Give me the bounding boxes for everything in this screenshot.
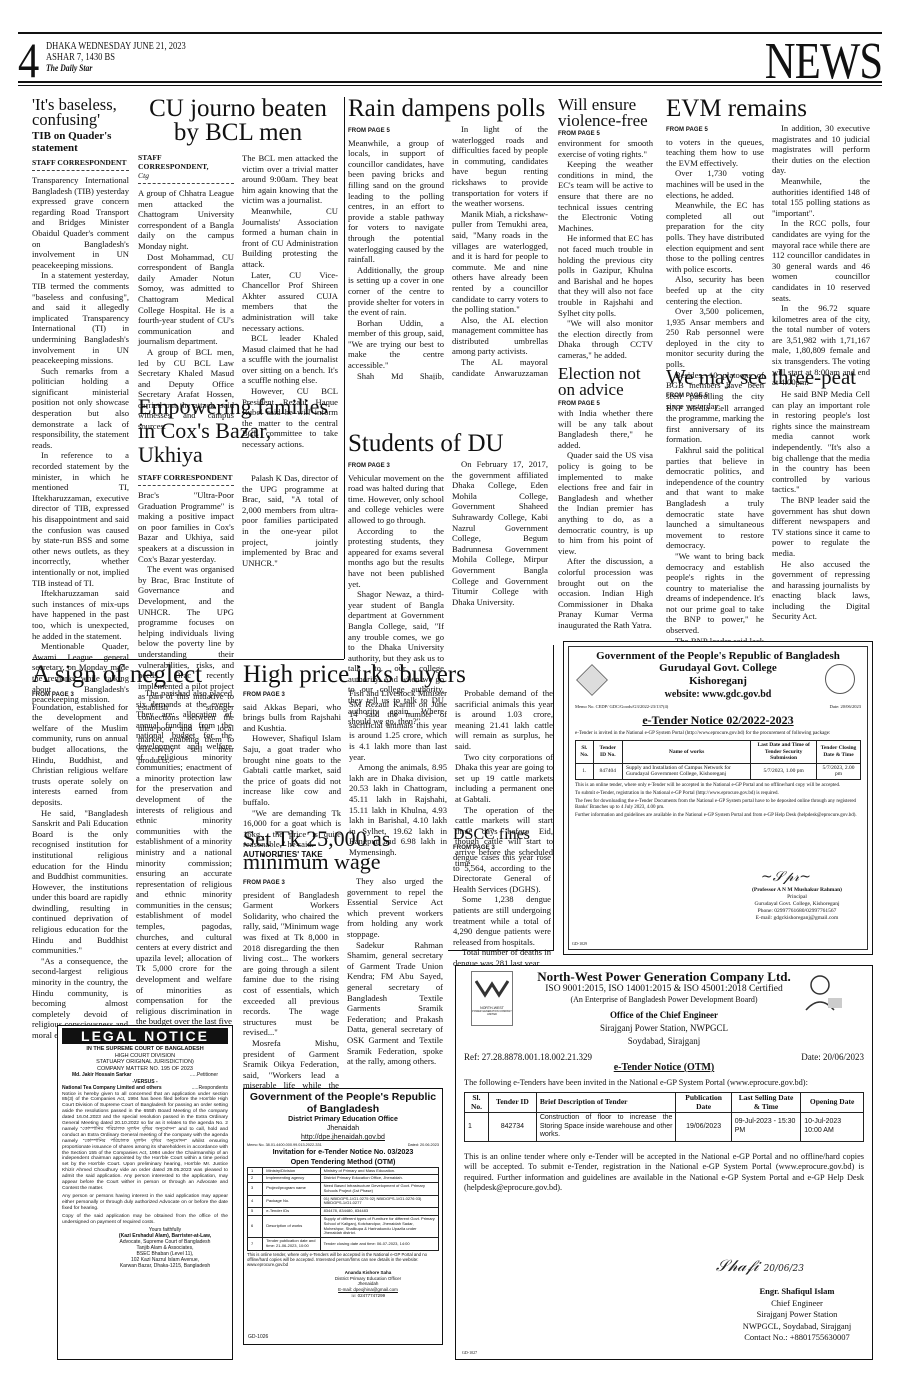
paragraph: However, Shafiqul Islam Saju, a goat tra… <box>243 733 341 807</box>
notice-title: Invitation for e-Tender Notice No. 03/20… <box>247 1148 439 1157</box>
cell: Ministry of Primary and Mass Education. <box>320 1167 438 1175</box>
from-page-label: FROM PAGE 5 <box>558 401 653 407</box>
cell: 5 <box>248 1208 263 1216</box>
note: The fees for downloading the e-Tender Do… <box>575 799 861 811</box>
ref-number: Ref: 27.28.8878.001.18.002.21.329 <box>464 1052 592 1062</box>
cell: Supply of different types of Furniture f… <box>320 1216 438 1238</box>
from-page-label: FROM PAGE 5 <box>348 126 444 137</box>
tender-table: Sl. No. Tender ID Brief Description of T… <box>464 1092 864 1142</box>
headline: Will ensure violence-free <box>558 97 653 129</box>
paragraph: Meanwhile, a group of locals, in support… <box>348 138 444 265</box>
signatory-line: Sirajganj Power Station <box>732 1309 862 1321</box>
paragraph: Also, the AL election management committ… <box>452 315 548 357</box>
petitioner: Md. Jakir Hossain Sarkar <box>72 1072 131 1079</box>
article-dscc: DSCC fines FROM PAGE 3 dengue cases this… <box>453 827 551 969</box>
column-rule <box>344 97 345 659</box>
ad-title: Government of the People's Republic of B… <box>247 1092 439 1115</box>
legal-notice-body: Notice is hereby given to all concerned … <box>62 1092 228 1226</box>
section-rule <box>32 659 344 660</box>
cell: 19/06/2023 <box>676 1113 731 1142</box>
article-columns: FROM PAGE 5 Meanwhile, a group of locals… <box>348 124 548 380</box>
from-page-label: FROM PAGE 3 <box>453 845 551 851</box>
respondents-row: National Tea Company Limited and others … <box>62 1085 228 1092</box>
table-row: 3Project/program nameNeed Based Infrastr… <box>248 1183 439 1196</box>
legal-notice-title: LEGAL NOTICE <box>62 1028 228 1044</box>
paragraph: Copy of the said application may be obta… <box>62 1214 228 1226</box>
section-rule <box>448 950 554 951</box>
paragraph: The AL mayoral candidate Anwaruzzaman Ch… <box>452 357 548 380</box>
signatory-name: (Professor A N M Mushakur Rahman) <box>737 887 857 894</box>
article-body: FROM PAGE 3 Foundation, established for … <box>32 688 128 1041</box>
respondents: National Tea Company Limited and others <box>62 1085 162 1092</box>
notice-note: This is an online tender where only e-Te… <box>464 1152 864 1194</box>
cell: Ministry/Division <box>263 1167 320 1175</box>
memo-date: Date: 20/06/2023 <box>830 704 861 709</box>
headline: Set Tk 25,000 as minimum wage <box>243 827 443 873</box>
notice-notes: This is an online tender, where only e-T… <box>575 783 861 819</box>
ad-org: Gurudayal Govt. College <box>575 662 861 675</box>
cell: 4 <box>248 1195 263 1208</box>
paragraph: After the discussion, a colorful process… <box>558 556 653 630</box>
ad-place: Jhenaidah <box>247 1124 439 1133</box>
note: This is an online tender, where only e-T… <box>575 783 861 789</box>
paragraph: They also urged the government to repel … <box>347 876 443 940</box>
headline: Students of DU <box>348 432 548 456</box>
paragraph: Transparency International Bangladesh (T… <box>32 175 129 270</box>
paragraph: On February 17, 2017, the government aff… <box>452 459 548 607</box>
paragraph: Notice is hereby given to all concerned … <box>62 1092 228 1192</box>
header-top-rule <box>18 32 882 34</box>
headline: Empowering families in Cox's Bazar, Ukhi… <box>138 395 338 467</box>
article-body: FROM PAGE 5 Meanwhile, a group of locals… <box>348 124 444 380</box>
column-header: Name of works <box>622 741 750 764</box>
from-page-label: FROM PAGE 3 <box>348 461 444 472</box>
headline: High price irks buyers <box>243 663 553 687</box>
signatory-line: Principal <box>737 894 857 901</box>
cell: Construction of floor to increase the St… <box>536 1113 676 1142</box>
paragraph: BNP Media Cell arranged the programme, m… <box>666 403 764 445</box>
cell: Tender closing date and time: 06-07-2023… <box>320 1238 438 1251</box>
from-page-label: FROM PAGE 3 <box>32 690 128 701</box>
headline: A sign of neglect <box>32 663 232 687</box>
paragraph: In addition, 30 executive magistrates an… <box>772 123 870 176</box>
paragraph: In a statement yesterday, TIB termed the… <box>32 270 129 365</box>
notice-method: Open Tendering Method (OTM) <box>247 1157 439 1166</box>
signatory: Ananda Kishore Saha District Primary Edu… <box>247 1270 439 1299</box>
ad-code: GD-1026 <box>248 1334 268 1340</box>
cell: Supply and Installation of Campus Networ… <box>622 763 750 779</box>
headline: 'It's baseless, confusing' <box>32 97 129 127</box>
paragraph: BCL leader Khaled Masud claimed that he … <box>242 333 338 386</box>
ref-date: Date: 20/06/2023 <box>801 1052 864 1062</box>
memo-number: Memo No. CEDP/ GDC/Goods/G3/2022-23/137(… <box>575 704 668 709</box>
byline: STAFF CORRESPONDENT <box>32 158 129 171</box>
paragraph: Two city corporations of Dhaka this year… <box>455 752 553 805</box>
article-body: dengue cases this year rose to 5,564, ac… <box>453 852 551 969</box>
paragraph: Palash K Das, director of the UPG progra… <box>242 473 338 568</box>
byline-place: Ctg <box>138 171 149 180</box>
headline-line: confusing' <box>32 112 129 127</box>
cell: Package No. <box>263 1195 320 1208</box>
paragraph: to voters in the queues, teaching them h… <box>666 137 764 169</box>
table-row: 4Package No.01) NBIDGPS-1/G1.0275 02) NB… <box>248 1195 439 1208</box>
petitioner-role: .....Petitioner <box>190 1072 218 1079</box>
byline: STAFF CORRESPONDENT,Ctg <box>138 153 234 184</box>
paragraph: Quader said the US visa policy is going … <box>558 450 653 556</box>
paragraph: Vehicular movement on the road was halte… <box>348 473 444 526</box>
dateline: DHAKA WEDNESDAY JUNE 21, 2023 ASHAR 7, 1… <box>46 41 186 74</box>
article-body: environment for smooth exercise of votin… <box>558 138 653 360</box>
signature-icon: 𝒮𝒽𝒶𝒻𝒾 20/06/23 <box>716 1256 804 1276</box>
signatory-phone: ☏ 02477747299 <box>297 1293 439 1299</box>
table-header-row: Sl. No. Tender ID Brief Description of T… <box>465 1093 864 1113</box>
cell: 847404 <box>593 763 622 779</box>
tender-table: 1Ministry/DivisionMinistry of Primary an… <box>247 1167 439 1251</box>
notice-note: This is online tender, where only e-Tend… <box>247 1252 439 1268</box>
paragraph: Meanwhile, the EC has completed all out … <box>666 200 764 274</box>
column-header: Opening Date <box>801 1093 864 1113</box>
signatory-name: Engr. Shafiqul Islam <box>732 1286 862 1298</box>
ref-row: Ref: 27.28.8878.001.18.002.21.329 Date: … <box>464 1052 864 1062</box>
article-neglect: A sign of neglect FROM PAGE 3 Foundation… <box>32 663 232 1041</box>
paragraph: According to the protesting students, th… <box>348 526 444 590</box>
paragraph: Also, security has been beefed up at the… <box>666 274 764 306</box>
ad-nwpgcl-tender: NORTH-WEST POWER GENERATION COMPANY LIMI… <box>455 965 873 1360</box>
address: Soydabad, Sirajganj <box>464 1035 864 1048</box>
paragraph: Manik Miah, a rickshaw-puller from Temuk… <box>452 209 548 315</box>
nwpgcl-logo-icon <box>475 978 509 998</box>
note: Further information and guidelines are a… <box>575 813 861 819</box>
article-body: In light of the waterlogged roads and di… <box>452 124 548 380</box>
nwpgcl-logo: NORTH-WEST POWER GENERATION COMPANY LIMI… <box>471 971 513 1026</box>
signatory-line: Chief Engineer <box>732 1298 862 1310</box>
paragraph: said Akkas Bepari, who brings bulls from… <box>243 702 341 734</box>
ad-website[interactable]: http://dpe.jhenaidah.gov.bd <box>247 1133 439 1142</box>
from-page-label: FROM PAGE 5 <box>558 131 653 137</box>
paragraph: Probable demand of the sacrificial anima… <box>455 688 553 752</box>
cell: Description of works <box>263 1216 320 1238</box>
column-header: Tender ID No. <box>593 741 622 764</box>
article-body: Transparency International Bangladesh (T… <box>32 175 129 705</box>
college-seal-icon <box>825 664 855 694</box>
cell: Tender publication date and time: 21-06-… <box>263 1238 320 1251</box>
cell: Implementing agency <box>263 1175 320 1183</box>
table-row: 1Ministry/DivisionMinistry of Primary an… <box>248 1167 439 1175</box>
from-page-label: FROM PAGE 3 <box>243 690 341 701</box>
cell: 5/7/2023, 1.00 pm <box>751 763 817 779</box>
page-number: 4 <box>18 40 38 80</box>
cell: Need Based Infrastructure Development of… <box>320 1183 438 1196</box>
headline: Election not on advice <box>558 366 653 398</box>
tender-table: Sl. No. Tender ID No. Name of works Last… <box>575 740 861 780</box>
cell: Project/program name <box>263 1183 320 1196</box>
paragraph: In the RCC polls, four candidates are vy… <box>772 218 870 303</box>
column-rule <box>553 645 554 950</box>
headline: DSCC fines <box>453 827 551 843</box>
article-tib: 'It's baseless, confusing' TIB on Quader… <box>32 97 129 705</box>
masthead-logo: The Daily Star <box>46 63 186 74</box>
paragraph: Brac's "Ultra-Poor Graduation Programme"… <box>138 490 234 564</box>
paragraph: He informed that EC has not faced much t… <box>558 233 653 318</box>
logo-sub: POWER GENERATION COMPANY LIMITED <box>472 1010 512 1016</box>
section-title: NEWS <box>764 38 882 86</box>
ad-title: Government of the People's Republic of B… <box>575 650 861 662</box>
signatory-line: NWPGCL, Soydabad, Sirajganj <box>732 1321 862 1333</box>
signature-date: 20/06/23 <box>764 1264 804 1274</box>
signatory: (Professor A N M Mushakur Rahman) Princi… <box>737 887 857 922</box>
article-columns: FROM PAGE 3 Foundation, established for … <box>32 688 232 1041</box>
cell: 6 <box>248 1216 263 1238</box>
paragraph: Additionally, the group is setting up a … <box>348 265 444 318</box>
paragraph: Shah Md Shajib, assistant meteorologist … <box>348 371 444 380</box>
paragraph: Fish and Livestock Minister SM Rezaul Ka… <box>349 688 447 762</box>
notice-title: e-Tender Notice 02/2022-2023 <box>575 713 861 728</box>
notice-title: e-Tender Notice (OTM) <box>464 1062 864 1074</box>
column-header: Sl. No. <box>576 741 594 764</box>
paragraph: Meanwhile, the authorities identified 14… <box>772 176 870 218</box>
paragraph: In reference to a recorded statement by … <box>32 450 129 588</box>
paragraph: president of Bangladesh Garment Workers … <box>243 890 339 1038</box>
cell: e-Tender IDs <box>263 1208 320 1216</box>
headline: CU journo beaten by BCL men <box>138 97 338 145</box>
header-rule-2 <box>18 85 882 86</box>
paragraph: "We will also monitor the election direc… <box>558 318 653 360</box>
cell: 09-Jul-2023 - 15:30 PM <box>731 1113 801 1142</box>
signatory-line: E-mail: gdgckishoreganj@gmail.com <box>737 915 857 922</box>
from-page-label: FROM PAGE 5 <box>666 125 764 136</box>
signature-icon: ~𝒮𝓅𝓇~ <box>761 869 811 885</box>
ad-website[interactable]: website: www.gdc.gov.bd <box>575 688 861 701</box>
column-header: Last Date and Time of Tender Security Su… <box>751 741 817 764</box>
column-header: Last Selling Date & Time <box>731 1093 801 1113</box>
cell: 1. <box>576 763 594 779</box>
paragraph: Fakhrul said the political parties that … <box>666 445 764 551</box>
paragraph: "We want to bring back democracy and est… <box>666 551 764 636</box>
signatory-contact: Contact No.: +8801755630007 <box>732 1332 862 1344</box>
paragraph: Some 1,238 dengue patients are still und… <box>453 894 551 947</box>
table-row: 5e-Tender IDs834478, 834480, 834483 <box>248 1208 439 1216</box>
memo-row: Memo No. CEDP/ GDC/Goods/G3/2022-23/137(… <box>575 704 861 709</box>
date: DHAKA WEDNESDAY JUNE 21, 2023 <box>46 41 186 52</box>
paragraph: A group of Chhatra League men attacked t… <box>138 188 234 252</box>
portrait-icon <box>802 972 844 1012</box>
cell: 10-Jul-2023 10:00 AM <box>801 1113 864 1142</box>
paragraph: dengue cases this year rose to 5,564, ac… <box>453 852 551 894</box>
article-rain: Rain dampens polls FROM PAGE 5 Meanwhile… <box>348 97 548 380</box>
paragraph: Any person or persons having interest in… <box>62 1194 228 1212</box>
paragraph: The BCL men attacked the victim over a t… <box>242 153 338 206</box>
paragraph: Meanwhile, CU Journalists' Association f… <box>242 206 338 270</box>
paragraph: Dost Mohammad, CU correspondent of Bangl… <box>138 252 234 347</box>
header-rule <box>18 81 882 83</box>
paragraph: Sadekur Rahman Shamim, general secretary… <box>347 940 443 1067</box>
cell: 2 <box>248 1175 263 1183</box>
paragraph: The parishad also placed six demands at … <box>136 688 232 1033</box>
headline: We may see three-peat <box>666 366 870 388</box>
table-row: 2Implementing agencyDistrict Primary Edu… <box>248 1175 439 1183</box>
court: IN THE SUPREME COURT OF BANGLADESH <box>62 1046 228 1053</box>
paragraph: In light of the waterlogged roads and di… <box>452 124 548 209</box>
paragraph: Borhan Uddin, a member of this group, sa… <box>348 318 444 371</box>
cell: 7 <box>248 1238 263 1251</box>
from-page-label: FROM PAGE 3 <box>243 878 339 889</box>
court-info: IN THE SUPREME COURT OF BANGLADESH HIGH … <box>62 1046 228 1072</box>
respondents-role: .....Respondents <box>192 1085 228 1092</box>
cell: 3 <box>248 1183 263 1196</box>
note: To submit e-Tender, registration in the … <box>575 791 861 797</box>
table-header-row: Sl. No. Tender ID No. Name of works Last… <box>576 741 861 764</box>
station: Sirajganj Power Station, NWPGCL <box>464 1022 864 1035</box>
column-header: Tender ID <box>488 1093 536 1113</box>
ad-code: GD-1029 <box>572 941 587 946</box>
cell: 1 <box>248 1167 263 1175</box>
headline: EVM remains <box>666 97 870 121</box>
subhead: TIB on Quader's statement <box>32 130 129 154</box>
table-row: 7Tender publication date and time: 21-06… <box>248 1238 439 1251</box>
from-page-label: FROM PAGE 5 <box>666 391 764 402</box>
article-body: The parishad also placed six demands at … <box>136 688 232 1033</box>
byline-name: STAFF CORRESPONDENT, <box>138 153 209 171</box>
ad-code: GD-1027 <box>462 1350 477 1355</box>
notice-intro: The following e-Tenders have been invite… <box>464 1078 864 1088</box>
column-header: Publication Date <box>676 1093 731 1113</box>
signatory-line: Karwan Bazar, Dhaka-1215, Bangladesh <box>102 1263 228 1269</box>
ad-place: Kishoreganj <box>575 675 861 688</box>
byline: STAFF CORRESPONDENT <box>138 473 234 486</box>
signatory: Engr. Shafiqul Islam Chief Engineer Sira… <box>732 1286 862 1344</box>
article-violence: Will ensure violence-free FROM PAGE 5 en… <box>558 97 653 360</box>
signatory-line: Gurudayal Govt. College, Kishoreganj <box>737 901 857 908</box>
table-row: 1 842734 Construction of floor to increa… <box>465 1113 864 1142</box>
table-row: 6Description of worksSupply of different… <box>248 1216 439 1238</box>
headline: Rain dampens polls <box>348 97 548 121</box>
paragraph: Foundation, established for the developm… <box>32 702 128 808</box>
table-row: 1. 847404 Supply and Installation of Cam… <box>576 763 861 779</box>
paragraph: Keeping the weather conditions in mind, … <box>558 159 653 233</box>
bangla-date: ASHAR 7, 1430 BS <box>46 52 186 63</box>
ad-gdc-tender: Government of the People's Republic of B… <box>563 641 873 955</box>
notice-intro: e-Tender is invited in the National e-GP… <box>575 731 861 737</box>
ad-dpe-tender: Government of the People's Republic of B… <box>243 1088 443 1345</box>
paragraph: with India whether there will be any tal… <box>558 408 653 450</box>
cell: 842734 <box>488 1113 536 1142</box>
column-header: Sl. No. <box>465 1093 489 1113</box>
paragraph: Later, CU Vice-Chancellor Prof Shireen A… <box>242 270 338 334</box>
column-header: Tender Closing Date & Time <box>817 741 861 764</box>
paragraph: Iftekharuzzaman said such instances of m… <box>32 588 129 641</box>
article-election: Election not on advice FROM PAGE 5 with … <box>558 366 653 630</box>
cell: 1 <box>465 1113 489 1142</box>
cell: District Primary Education Office, Jhena… <box>320 1175 438 1183</box>
paragraph: The BNP leader said the government has s… <box>772 495 870 559</box>
signatory-line: Phone: 02997761680/02997761567 <box>737 908 857 915</box>
legal-signatory: Yours faithfully (Kazi Ershadul Alam), B… <box>62 1227 228 1269</box>
ad-legal-notice: LEGAL NOTICE IN THE SUPREME COURT OF BAN… <box>57 1025 233 1360</box>
cell: 01) NBIDGPS-1/G1.0275 02) NBIDGPS-1/G1.0… <box>320 1195 438 1208</box>
ad-office: District Primary Education Office <box>247 1115 439 1124</box>
paragraph: He said BNP Media Cell can play an impor… <box>772 389 870 495</box>
cell: 5/7/2023, 2.00 pm <box>817 763 861 779</box>
paragraph: Such remarks from a politician holding a… <box>32 366 129 451</box>
cell: 834478, 834480, 834483 <box>320 1208 438 1216</box>
paragraph: He said, "Bangladesh Sanskrit and Pali E… <box>32 808 128 956</box>
paragraph: Over 3,500 policemen, 1,935 Ansar member… <box>666 306 764 370</box>
article-body: with India whether there will be any tal… <box>558 408 653 630</box>
column-header: Brief Description of Tender <box>536 1093 676 1113</box>
paragraph: He also accused the government of repres… <box>772 559 870 623</box>
paragraph: Over 1,730 voting machines will be used … <box>666 168 764 200</box>
paragraph: environment for smooth exercise of votin… <box>558 138 653 159</box>
